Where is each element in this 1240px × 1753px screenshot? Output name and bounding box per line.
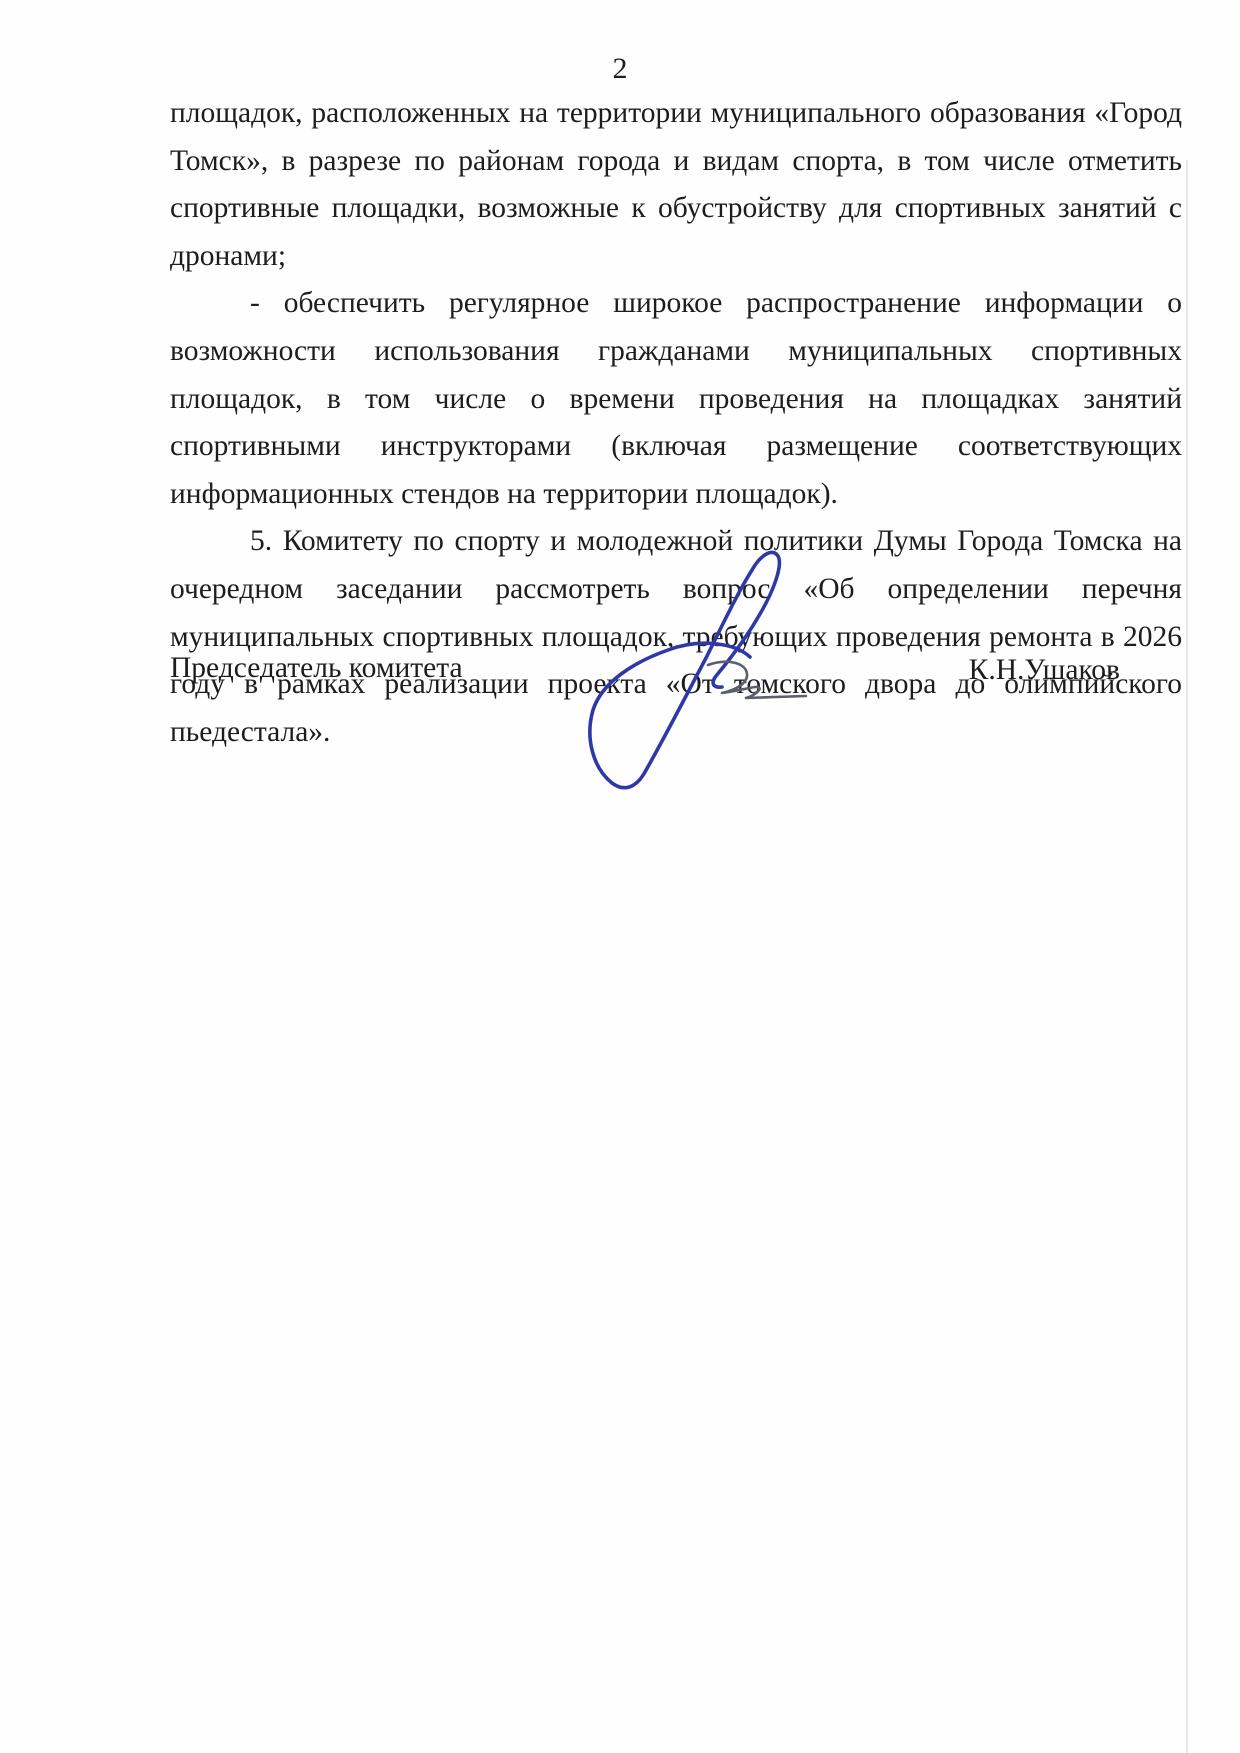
paragraph: - обеспечить регулярное широкое распрост… [170, 280, 1182, 518]
document-page: 2 площадок, расположенных на территории … [0, 0, 1240, 1753]
signer-title: Председатель комитета [170, 652, 463, 685]
signer-name: К.Н.Ушаков [969, 654, 1120, 687]
page-number: 2 [0, 52, 1240, 86]
signature-block: Председатель комитета К.Н.Ушаков [170, 652, 1182, 692]
scan-artifact-line [1185, 160, 1189, 1753]
scan-artifact-rect [1186, 160, 1188, 1753]
paragraph: 5. Комитету по спорту и молодежной полит… [170, 518, 1182, 756]
paragraph: площадок, расположенных на территории му… [170, 90, 1182, 280]
